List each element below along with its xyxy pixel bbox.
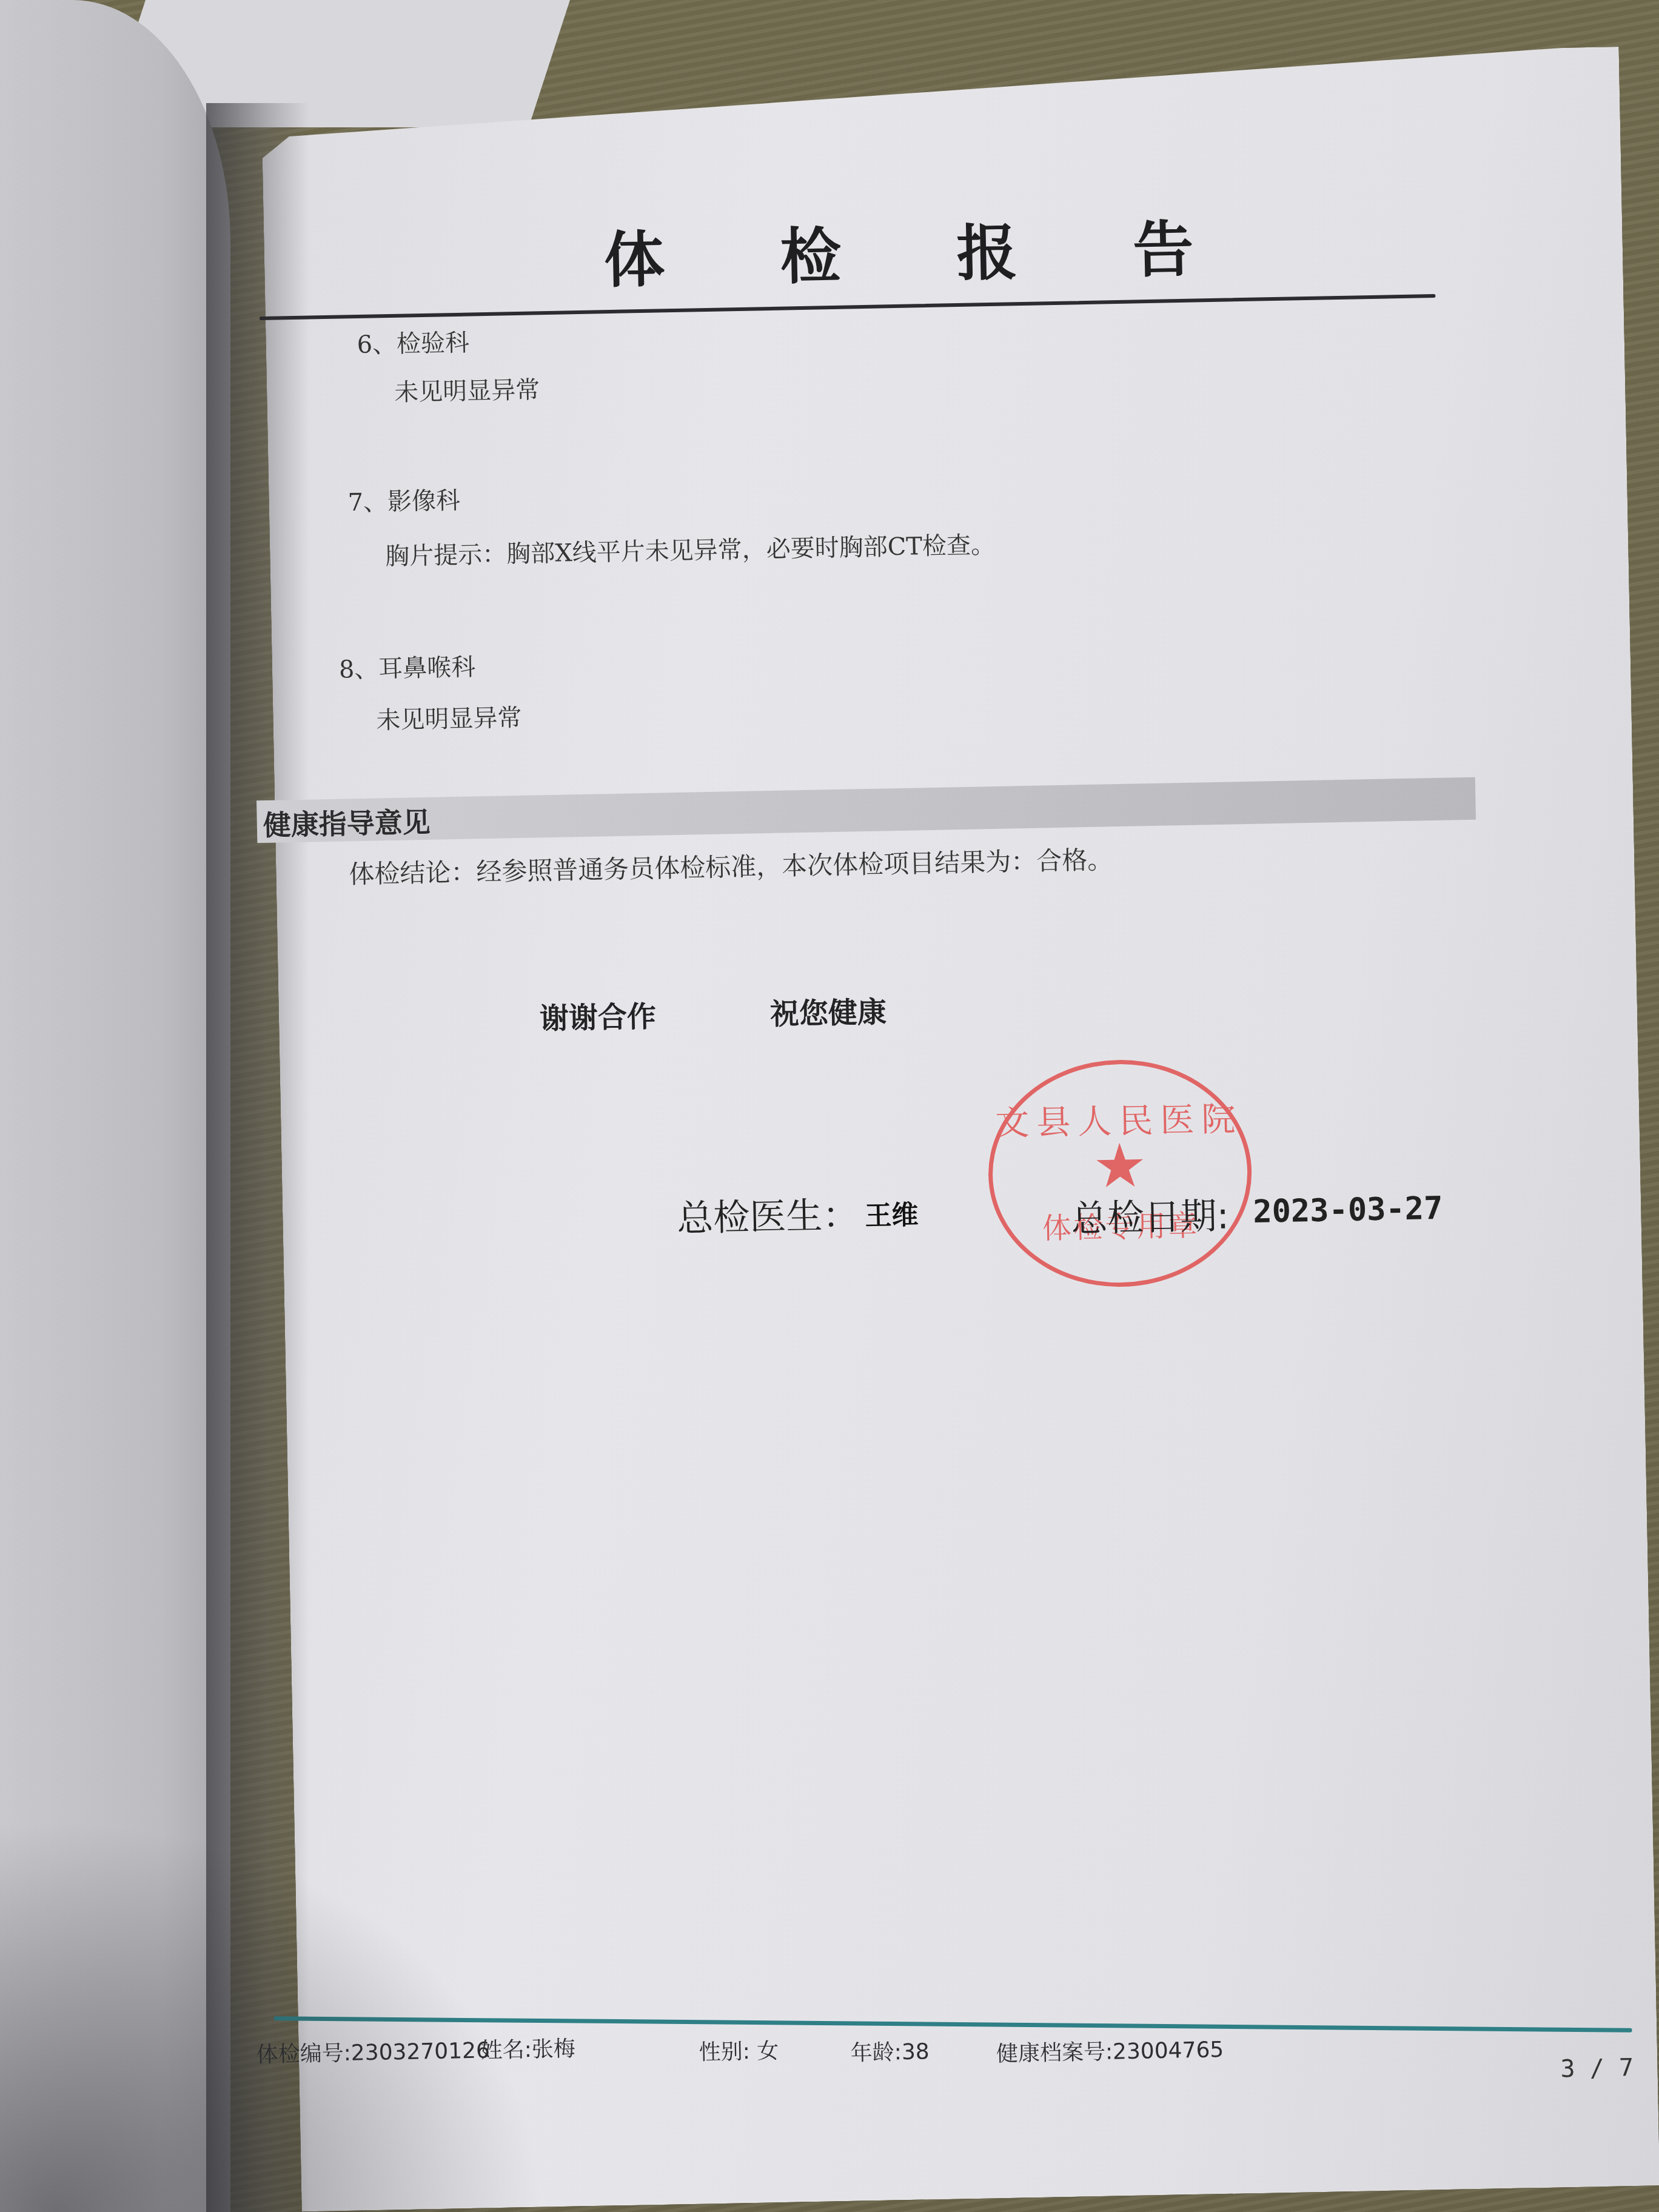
exam-date: 2023-03-27 — [1253, 1190, 1443, 1230]
wish-text: 祝您健康 — [769, 988, 886, 1033]
section-heading-imaging: 7、影像科 — [347, 481, 461, 518]
report-title: 体 检 报 告 — [603, 199, 1242, 299]
section-content-imaging: 胸片提示：胸部X线平片未见异常，必要时胸部CT检查。 — [385, 526, 996, 572]
hospital-stamp: 文县人民医院 ★ 体检专用章 — [987, 1057, 1254, 1289]
doctor-name: 王维 — [865, 1193, 919, 1233]
guidance-title: 健康指导意见 — [263, 800, 431, 843]
footer-gender: 性别: 女 — [699, 2034, 779, 2066]
title-divider — [260, 294, 1436, 320]
section-content-lab: 未见明显异常 — [394, 370, 540, 408]
thanks-text: 谢谢合作 — [539, 993, 656, 1037]
guidance-header-band — [256, 777, 1476, 843]
page-number: 3 / 7 — [1560, 2054, 1634, 2083]
footer-health-record: 健康档案号:23004765 — [996, 2033, 1224, 2068]
section-content-ent: 未见明显异常 — [376, 699, 522, 736]
exam-conclusion: 体检结论：经参照普通务员体检标准，本次体检项目结果为：合格。 — [349, 840, 1113, 891]
hand-shadow — [0, 1819, 546, 2212]
footer-age: 年龄:38 — [850, 2034, 930, 2066]
doctor-label: 总检医生： — [676, 1186, 859, 1242]
date-label: 总检日期: — [1071, 1187, 1230, 1242]
section-heading-lab: 6、检验科 — [357, 323, 470, 360]
section-heading-ent: 8、耳鼻喉科 — [338, 648, 476, 685]
